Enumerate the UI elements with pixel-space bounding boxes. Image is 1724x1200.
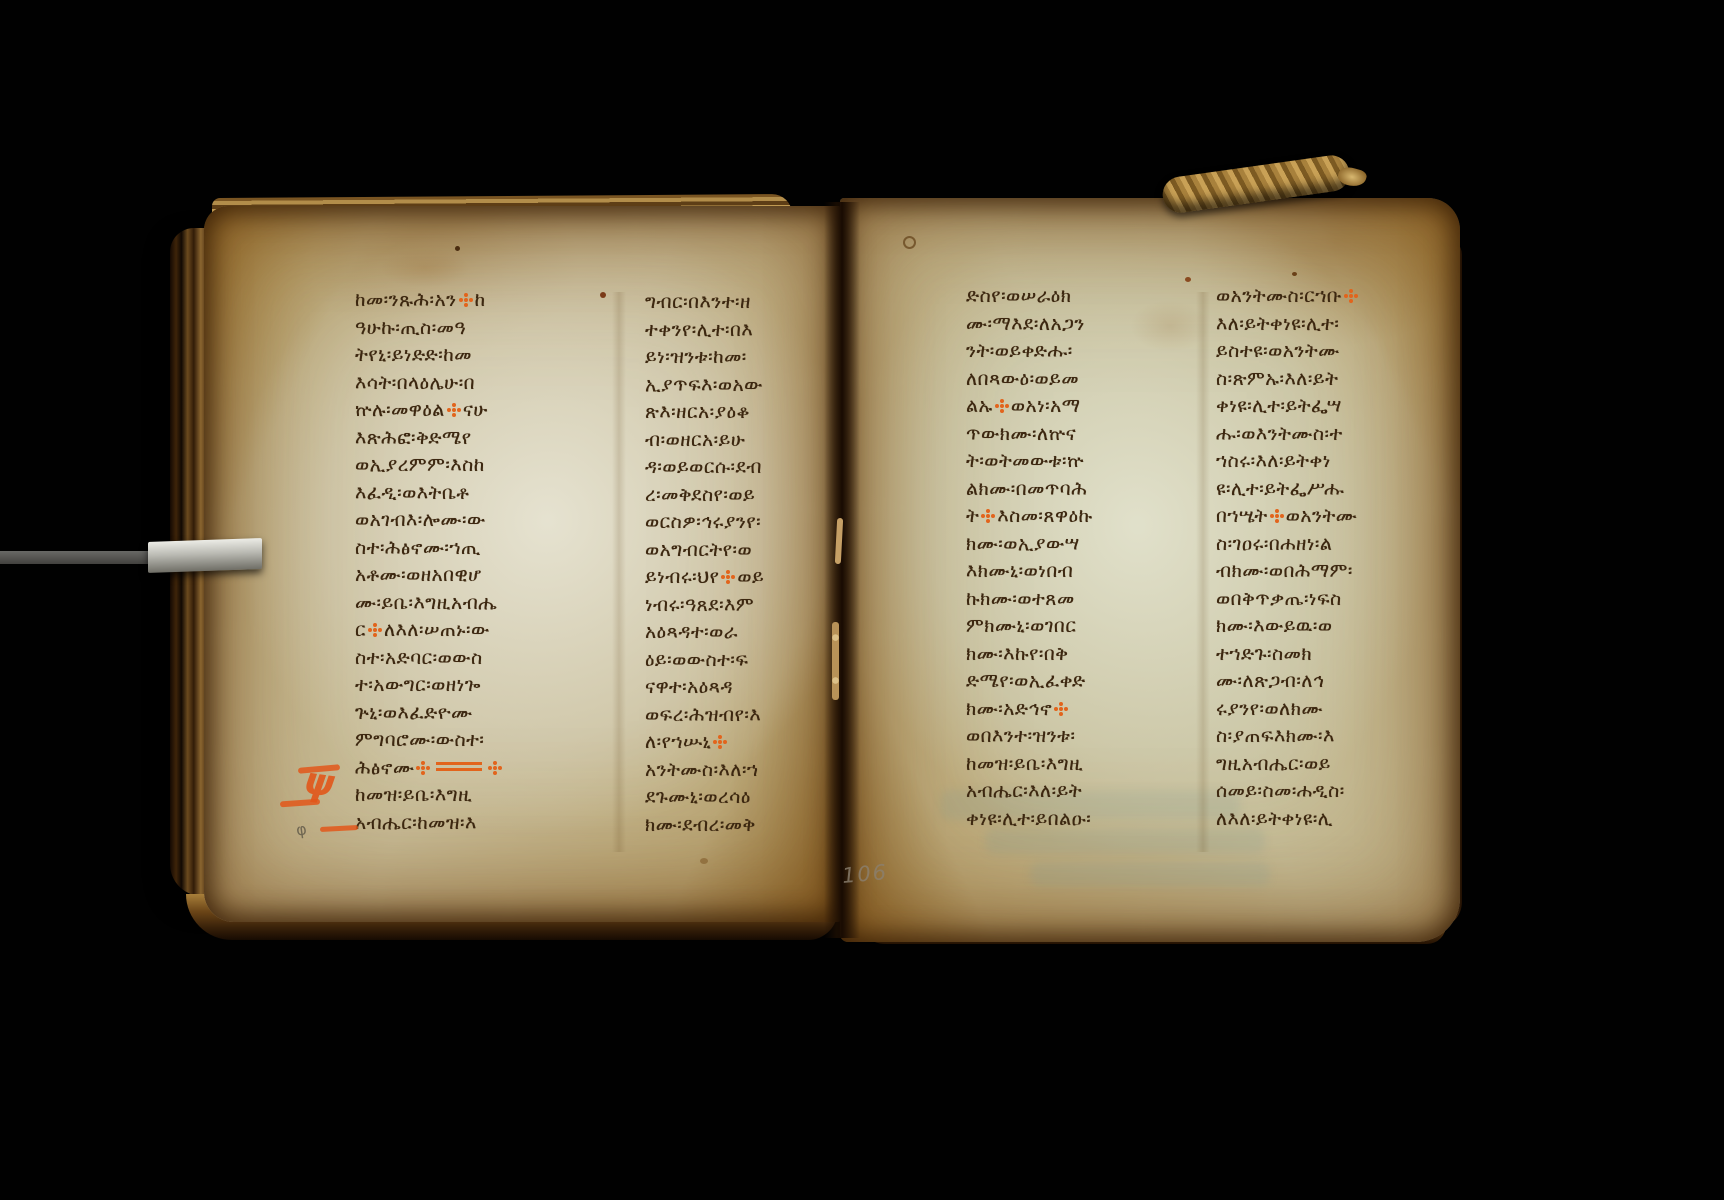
text-line: እጽሕፎ፡ቅድሜየ <box>355 427 593 455</box>
text-line: ቀነዩ፡ሊተ፡ይትፌሣ <box>1216 395 1446 423</box>
text-line: ሙ፡ለጽጋብ፡ለኅ <box>1216 670 1446 698</box>
text-line: ዳ፡ወይወርሱ፡ደብ <box>645 456 841 484</box>
text-line: ኢያጥፍእ፡ወአው <box>645 374 841 402</box>
text-line: ጽእ፡ዘርአ፡ያዕቆ <box>645 401 841 429</box>
red-margin-annotation: ψ <box>258 752 382 844</box>
text-line: አብሔር፡ከመዝ፡እ <box>355 812 593 840</box>
text-line: አንትሙስ፡እለ፡ኀ <box>645 759 841 787</box>
ink-speck <box>1185 277 1191 282</box>
small-ring-mark <box>903 236 916 249</box>
rubrication-bar <box>436 762 482 773</box>
ink-speck <box>700 858 708 864</box>
text-line: ከመዝ፡ይቤ፡እግዚ <box>355 784 593 812</box>
text-line: ተኀድጉ፡ስመክ <box>1216 643 1446 671</box>
text-line: እሳት፡በላዕሌሁ፡በ <box>355 372 593 400</box>
manuscript-photo: ከመ፡ንጹሕ፡አንከዓሁኩ፡ጢስ፡መዓትየኒ፡ይነድድ፡ከመእሳት፡በላዕሌሁ፡… <box>0 0 1724 1200</box>
text-line: ሑ፡ወእንትሙስ፡ተ <box>1216 423 1446 451</box>
text-line: ቀነዩ፡ሊተ፡ይበልዑ፡ <box>966 808 1194 836</box>
text-line: ተቀንየ፡ሊተ፡በእ <box>645 319 841 347</box>
text-line: አዕጻዳተ፡ወራ <box>645 621 841 649</box>
text-line: ረ፡መቅደስየ፡ወይ <box>645 484 841 512</box>
text-line: ኵሉ፡መዋዕልናሁ <box>355 399 593 427</box>
ink-speck <box>455 246 460 251</box>
text-line: ይነ፡ዝንቱ፡ከመ፡ <box>645 346 841 374</box>
folio-number-pencil: 106 <box>841 860 889 888</box>
bookmark-ribbon <box>148 538 262 573</box>
text-line: እለ፡ይትቀነዩ፡ሊተ፡ <box>1216 313 1446 341</box>
text-line: ስተ፡ሕፅኖሙ፡ኀጢ <box>355 537 593 565</box>
text-line: ት፡ወትመውቱ፡ኵ <box>966 450 1194 478</box>
text-line: ስ፡ጽምኡ፡እለ፡ይት <box>1216 368 1446 396</box>
text-line: ናዋተ፡አዕጻዳ <box>645 676 841 704</box>
rubrication-cross <box>488 761 502 775</box>
text-line: ሩያንየ፡ወለክሙ <box>1216 698 1446 726</box>
text-line: ወበቅጥቃጤ፡ነፍስ <box>1216 588 1446 616</box>
text-column-3: ድስየ፡ወሠራዕክሙ፡ማእደ፡ለአጋንንት፡ወይቀድሑ፡ለበጻውዕ፡ወይመልኡወ… <box>966 285 1194 841</box>
rubrication-cross <box>1270 509 1284 523</box>
red-dash <box>320 825 358 832</box>
text-line: ስ፡ገዐሩ፡በሐዘነ፡ል <box>1216 533 1446 561</box>
rubrication-cross <box>447 403 461 417</box>
rubrication-cross <box>981 509 995 523</box>
text-line: ምግባሮሙ፡ውስተ፡ <box>355 729 593 757</box>
red-dash <box>280 799 320 808</box>
text-line: ትእስመ፡ጸዋዕኩ <box>966 505 1194 533</box>
text-line: ለ፡የኀሡኒ <box>645 731 841 759</box>
rubrication-cross <box>1054 702 1068 716</box>
text-line: ብክሙ፡ወበሕማም፡ <box>1216 560 1446 588</box>
text-line: አብሔር፡እለ፡ይት <box>966 780 1194 808</box>
ink-speck <box>600 292 606 298</box>
rubrication-cross <box>1344 289 1358 303</box>
text-line: ግብር፡በእንተ፡ዘ <box>645 291 841 319</box>
text-line: ግዚአብሔር፡ወይ <box>1216 753 1446 781</box>
text-line: ስተ፡አድባር፡ወውስ <box>355 647 593 675</box>
rubrication-cross <box>995 399 1009 413</box>
rubrication-cross <box>368 623 382 637</box>
text-line: ነብሩ፡ዓጸደ፡እም <box>645 594 841 622</box>
text-line: ብ፡ወዘርአ፡ይሁ <box>645 429 841 457</box>
text-line: ልክሙ፡በመጥባሕ <box>966 478 1194 506</box>
text-line: እክሙኒ፡ወነበብ <box>966 560 1194 588</box>
text-line: ርለእለ፡ሠጠኑ፡ው <box>355 619 593 647</box>
bookmark-ribbon-tail <box>0 551 154 564</box>
text-column-1: ከመ፡ንጹሕ፡አንከዓሁኩ፡ጢስ፡መዓትየኒ፡ይነድድ፡ከመእሳት፡በላዕሌሁ፡… <box>355 289 593 841</box>
text-line: ትየኒ፡ይነድድ፡ከመ <box>355 344 593 372</box>
text-line: ጥውክሙ፡ለኵና <box>966 423 1194 451</box>
text-line: ንት፡ወይቀድሑ፡ <box>966 340 1194 368</box>
right-page-crease <box>1196 292 1210 852</box>
text-column-4: ወአንትሙስ፡ርኀቡእለ፡ይትቀነዩ፡ሊተ፡ይስተዩ፡ወአንትሙስ፡ጽምኡ፡እለ… <box>1216 285 1446 841</box>
text-line: ከመዝ፡ይቤ፡እግዚ <box>966 753 1194 781</box>
text-line: ተ፡አውግር፡ወዘነጐ <box>355 674 593 702</box>
text-line: ዩ፡ሊተ፡ይትፌሥሑ <box>1216 478 1446 506</box>
text-line: ለእለ፡ይትቀነዩ፡ሊ <box>1216 808 1446 836</box>
text-line: ክሙ፡ደብረ፡መቅ <box>645 814 841 842</box>
text-line: ክሙ፡እኩየ፡በቅ <box>966 643 1194 671</box>
rubrication-cross <box>416 761 430 775</box>
text-line: ሰመይ፡ስመ፡ሐዲስ፡ <box>1216 780 1446 808</box>
text-line: ዓሁኩ፡ጢስ፡መዓ <box>355 317 593 345</box>
text-line: ልኡወአነ፡አማ <box>966 395 1194 423</box>
text-line: እፈዲ፡ወእትቤቶ <box>355 482 593 510</box>
text-line: ዕይ፡ወውስተ፡ፍ <box>645 649 841 677</box>
left-page-crease <box>612 292 626 852</box>
text-line: ሕፅኖሙ <box>355 757 593 785</box>
parchment-stain <box>380 248 470 288</box>
text-line: ክሙ፡እውይዉ፡ወ <box>1216 615 1446 643</box>
text-line: ወአገብእ፡ሎሙ፡ው <box>355 509 593 537</box>
ink-speck <box>1292 272 1297 276</box>
rubrication-cross <box>721 570 735 584</box>
text-line: ክሙ፡አድኅኖ <box>966 698 1194 726</box>
text-line: ወርስዎ፡ኅሩያንየ፡ <box>645 511 841 539</box>
text-line: ወኢያረምም፡እስከ <box>355 454 593 482</box>
text-line: ሙ፡ይቤ፡እግዚአብሔ <box>355 592 593 620</box>
text-line: ደጉሙኒ፡ወረሳዕ <box>645 786 841 814</box>
rubrication-cross <box>713 735 727 749</box>
text-line: ኀስሩ፡እለ፡ይትቀነ <box>1216 450 1446 478</box>
text-line: ወፍረ፡ሕዝብየ፡እ <box>645 704 841 732</box>
text-line: ድሜየ፡ወኢፈቀድ <box>966 670 1194 698</box>
text-line: አቶሙ፡ወዘአበዊሆ <box>355 564 593 592</box>
text-line: ኩክሙ፡ወተጸመ <box>966 588 1194 616</box>
washed-out-ghost-text <box>1030 862 1270 886</box>
text-line: ወአግብርትየ፡ወ <box>645 539 841 567</box>
text-line: ይስተዩ፡ወአንትሙ <box>1216 340 1446 368</box>
text-line: ወበእንተ፡ዝንቱ፡ <box>966 725 1194 753</box>
rubrication-cross <box>459 293 473 307</box>
text-line: በኀሤትወአንትሙ <box>1216 505 1446 533</box>
text-line: ለበጻውዕ፡ወይመ <box>966 368 1194 396</box>
text-line: ጕኒ፡ወእፈድዮሙ <box>355 702 593 730</box>
text-column-2: ግብር፡በእንተ፡ዘተቀንየ፡ሊተ፡በእይነ፡ዝንቱ፡ከመ፡ኢያጥፍእ፡ወአውጽ… <box>645 291 841 843</box>
text-line: ሙ፡ማእደ፡ለአጋን <box>966 313 1194 341</box>
text-line: ክሙ፡ወኢያውሣ <box>966 533 1194 561</box>
text-line: ስ፡ያጠፍእክሙ፡እ <box>1216 725 1446 753</box>
text-line: ምክሙኒ፡ወገበር <box>966 615 1194 643</box>
text-line: ይነብሩ፡ህየወይ <box>645 566 841 594</box>
text-line: ወአንትሙስ፡ርኀቡ <box>1216 285 1446 313</box>
text-line: ድስየ፡ወሠራዕክ <box>966 285 1194 313</box>
text-line: ከመ፡ንጹሕ፡አንከ <box>355 289 593 317</box>
